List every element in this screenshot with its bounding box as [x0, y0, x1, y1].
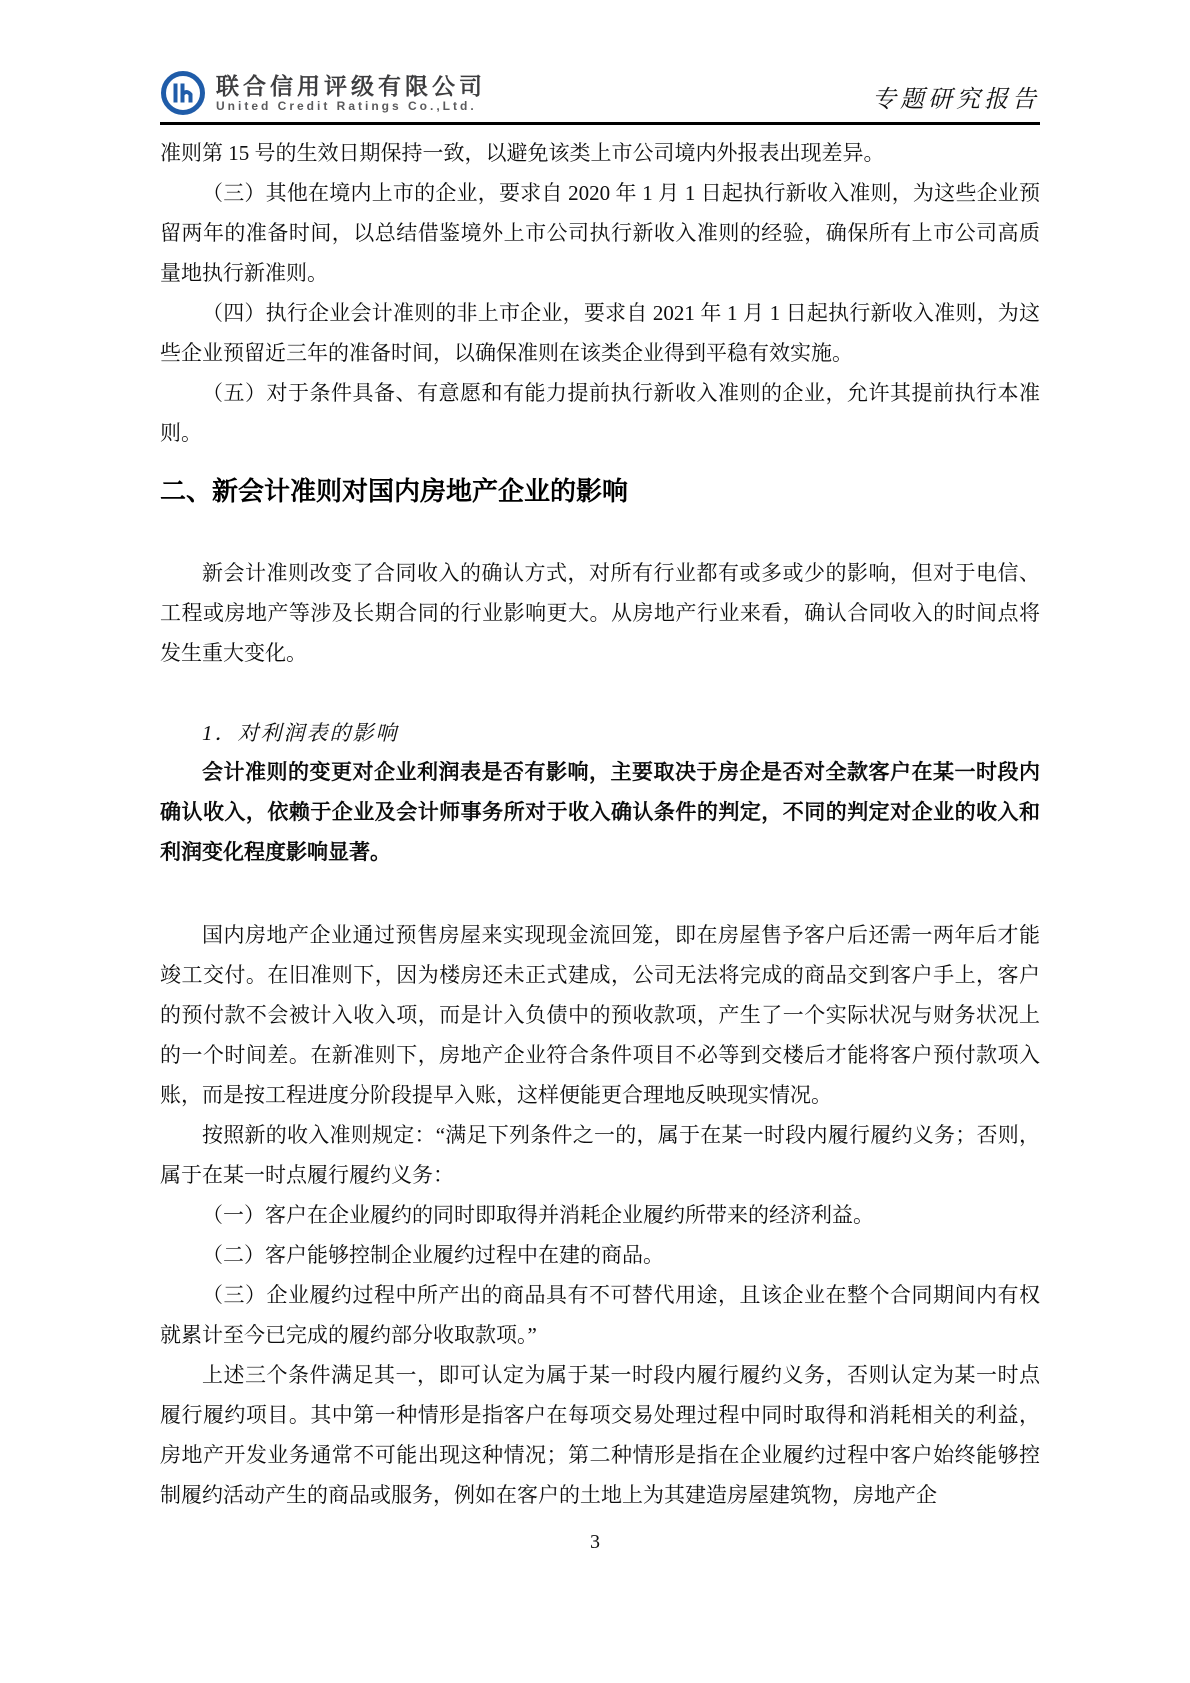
- list-item: （二）客户能够控制企业履约过程中在建的商品。: [160, 1235, 1040, 1275]
- company-name-cn: 联合信用评级有限公司: [216, 73, 486, 99]
- page-header: 联合信用评级有限公司 United Credit Ratings Co.,Ltd…: [160, 70, 1040, 125]
- company-brand: 联合信用评级有限公司 United Credit Ratings Co.,Ltd…: [160, 70, 486, 116]
- paragraph: 上述三个条件满足其一，即可认定为属于某一时段内履行履约义务，否则认定为某一时点履…: [160, 1355, 1040, 1515]
- list-item: （一）客户在企业履约的同时即取得并消耗企业履约所带来的经济利益。: [160, 1195, 1040, 1235]
- paragraph: （五）对于条件具备、有意愿和有能力提前执行新收入准则的企业，允许其提前执行本准则…: [160, 373, 1040, 453]
- paragraph: 按照新的收入准则规定：“满足下列条件之一的，属于在某一时段内履行履约义务；否则，…: [160, 1115, 1040, 1195]
- paragraph: 国内房地产企业通过预售房屋来实现现金流回笼，即在房屋售予客户后还需一两年后才能竣…: [160, 915, 1040, 1115]
- sub-heading: 1．对利润表的影响: [160, 713, 1040, 753]
- report-type-label: 专题研究报告: [872, 79, 1040, 116]
- company-name-en: United Credit Ratings Co.,Ltd.: [216, 99, 486, 114]
- paragraph: （三）其他在境内上市的企业，要求自 2020 年 1 月 1 日起执行新收入准则…: [160, 173, 1040, 293]
- company-name-block: 联合信用评级有限公司 United Credit Ratings Co.,Ltd…: [216, 73, 486, 114]
- bold-paragraph: 会计准则的变更对企业利润表是否有影响，主要取决于房企是否对全款客户在某一时段内确…: [160, 753, 1040, 873]
- paragraph: （四）执行企业会计准则的非上市企业，要求自 2021 年 1 月 1 日起执行新…: [160, 293, 1040, 373]
- page-footer: 3: [0, 1531, 1190, 1554]
- company-logo-icon: [160, 70, 206, 116]
- document-page: 联合信用评级有限公司 United Credit Ratings Co.,Ltd…: [0, 0, 1190, 1683]
- page-number: 3: [590, 1531, 600, 1553]
- list-item: （三）企业履约过程中所产出的商品具有不可替代用途，且该企业在整个合同期间内有权就…: [160, 1275, 1040, 1355]
- paragraph: 准则第 15 号的生效日期保持一致，以避免该类上市公司境内外报表出现差异。: [160, 133, 1040, 173]
- document-body: 准则第 15 号的生效日期保持一致，以避免该类上市公司境内外报表出现差异。 （三…: [160, 125, 1040, 1515]
- paragraph: 新会计准则改变了合同收入的确认方式，对所有行业都有或多或少的影响，但对于电信、工…: [160, 553, 1040, 673]
- section-heading: 二、新会计准则对国内房地产企业的影响: [160, 473, 1040, 509]
